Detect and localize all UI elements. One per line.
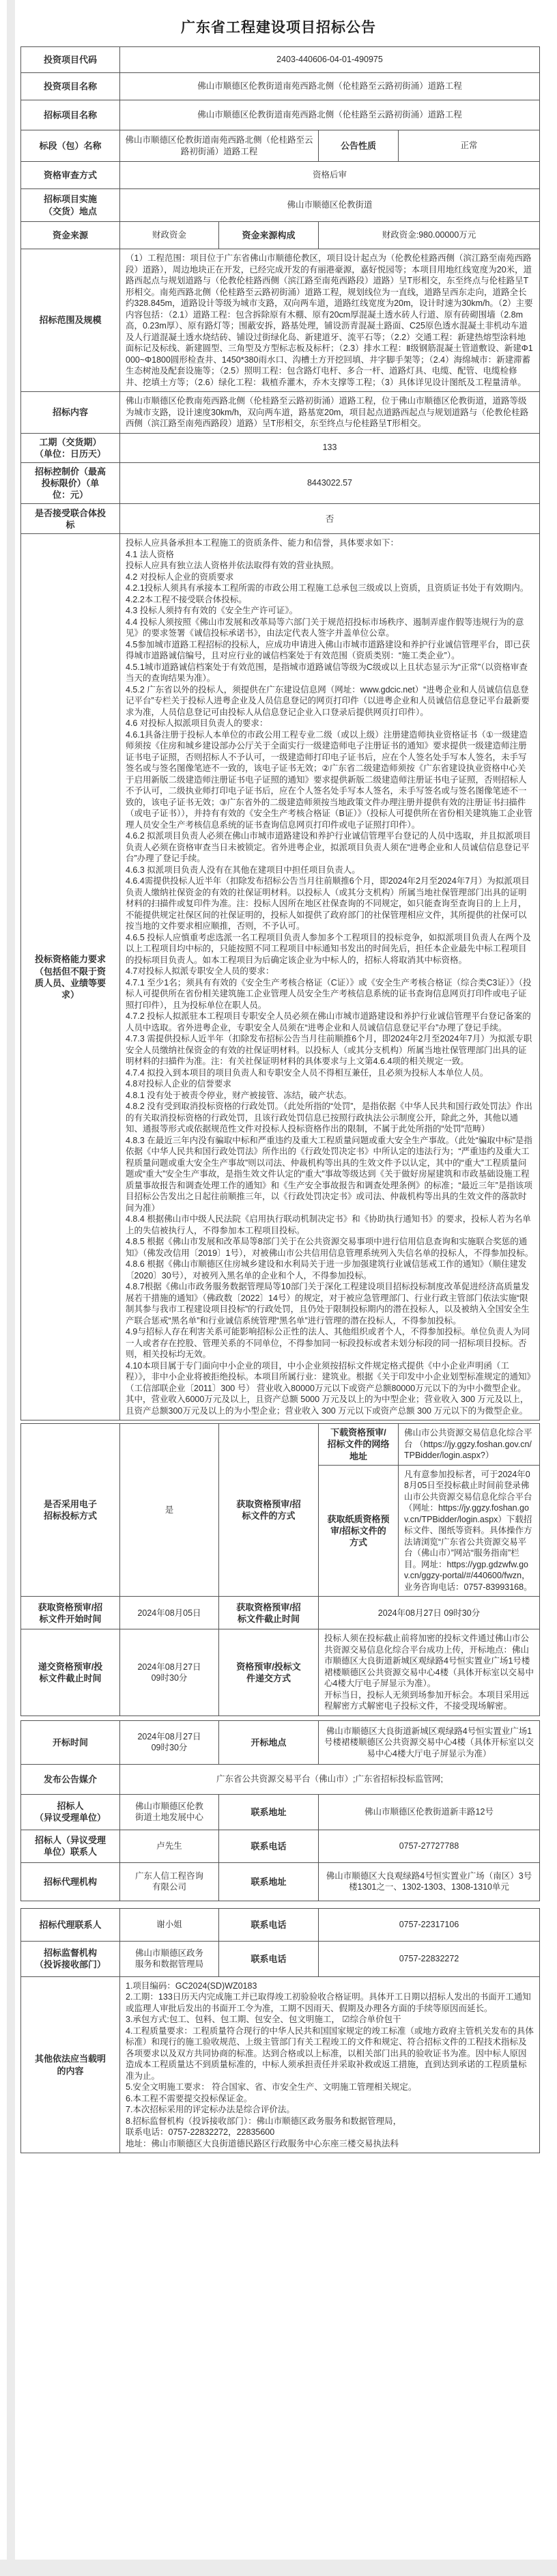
agency-phone-value: 0757-22317106 [319, 1909, 540, 1942]
bottom-band [0, 2560, 557, 2576]
opening-time-value: 2024年08月27日 09时30分 [120, 1721, 219, 1765]
row-qualification-method: 资格审查方式 资格后审 [21, 162, 540, 189]
page-title: 广东省工程建设项目招标公告 [0, 0, 557, 46]
submit-deadline-value: 2024年08月27日 09时30分 [120, 1629, 219, 1716]
other-content-value: 1.项目编码：GC2024(SD)WZ0183 2.工期：133日历天内完成施工… [120, 1977, 540, 2154]
row-tender-content: 招标内容 佛山市顺德区伦教南苑西路北侧（伦桂路至云路初街涌）道路工程，位于佛山市… [21, 392, 540, 434]
doc-obtain-subcolumn: 下载资格预审/ 招标文件的网络 地址 佛山市公共资源交易信息化综合平台 （htt… [319, 1424, 540, 1597]
qualification-method-label: 资格审查方式 [21, 162, 120, 189]
media-value: 广东省公共资源交易平台（佛山市）;广东省招标投标监管网; [120, 1765, 540, 1795]
location-value: 佛山市顺德区伦教街道 [120, 189, 540, 222]
e-bid-label: 是否采用电子 招标投标方式 [21, 1424, 120, 1597]
doc-download-url-value: 佛山市公共资源交易信息化综合平台 （https://jy.ggzy.foshan… [399, 1424, 540, 1466]
row-investment-name: 投资项目名称 佛山市顺德区伦教街道南苑西路北侧（伦桂路至云路初街涌）道路工程 [21, 73, 540, 100]
agency-address-value: 佛山市顺德区大良观绿路4号恒实置业广场（南区）3号楼1301之一、1302-13… [319, 1863, 540, 1901]
opening-time-label: 开标时间 [21, 1721, 120, 1765]
tenderer-address-value: 佛山市顺德区伦教街道新丰路12号 [319, 1795, 540, 1830]
tenderer-phone-label: 联系电话 [219, 1830, 319, 1863]
price-cap-label: 招标控制价（最高 投标限价）（单 位：元） [21, 463, 120, 504]
qualification-method-value: 资格后审 [120, 162, 540, 189]
tenderer-contact-label: 招标人（异议受理 单位）联系人 [21, 1830, 120, 1863]
agency-contact-value: 谢小姐 [120, 1909, 219, 1942]
consortium-label: 是否接受联合体投 标 [21, 504, 120, 534]
supervisor-phone-value: 0757-22832272 [319, 1942, 540, 1977]
investment-name-value: 佛山市顺德区伦教街道南苑西路北侧（伦桂路至云路初街涌）道路工程 [120, 73, 540, 100]
submit-deadline-label: 递交资格预审/投 标文件截止时间 [21, 1629, 120, 1716]
paper-doc-method-label: 获取纸质资格预 审/招标文件的 方式 [319, 1466, 399, 1597]
doc-start-time-value: 2024年08月05日 [120, 1597, 219, 1629]
funding-composition-label: 资金来源构成 [219, 222, 319, 249]
doc-obtain-method-label: 获取资格预审/招 标文件的方式 [219, 1424, 319, 1597]
agency-phone-label: 联系电话 [219, 1909, 319, 1942]
row-scope: 招标范围及规模 （1）工程范围：项目位于广东省佛山市顺德伦教区，项目设计起点为（… [21, 249, 540, 392]
row-funding: 资金来源 财政资金 资金来源构成 财政资金:980.00000万元 [21, 222, 540, 249]
other-content-label: 其他依法应当载明 的内容 [21, 1977, 120, 2154]
row-investment-code: 投资项目代码 2403-440606-04-01-490975 [21, 47, 540, 73]
section-name-label: 标段（包）名称 [21, 130, 120, 162]
doc-download-url-label: 下载资格预审/ 招标文件的网络 地址 [319, 1424, 399, 1466]
duration-label: 工期（交货期） （单位：日历天） [21, 434, 120, 463]
paper-doc-method-subrow: 获取纸质资格预 审/招标文件的 方式 凡有意参加投标者，可于2024年08月05… [319, 1466, 540, 1597]
section-name-value: 佛山市顺德区伦教街道南苑西路北侧（伦桂路至云路初街涌）道路工程 [120, 130, 319, 162]
tender-content-label: 招标内容 [21, 392, 120, 434]
opening-place-label: 开标地点 [219, 1721, 319, 1765]
investment-name-label: 投资项目名称 [21, 73, 120, 100]
supervisor-value: 佛山市顺德区政务 服务和数据管理局 [120, 1942, 219, 1977]
media-label: 发布公告媒介 [21, 1765, 120, 1795]
supervisor-phone-label: 联系电话 [219, 1942, 319, 1977]
contact-table: 招标代理联系人 谢小姐 联系电话 0757-22317106 招标监督机构 （投… [20, 1908, 540, 2154]
row-agency-contact: 招标代理联系人 谢小姐 联系电话 0757-22317106 [21, 1909, 540, 1942]
row-agency: 招标代理机构 广东人信工程咨询 有限公司 联系地址 佛山市顺德区大良观绿路4号恒… [21, 1863, 540, 1901]
row-consortium: 是否接受联合体投 标 否 [21, 504, 540, 534]
agency-contact-label: 招标代理联系人 [21, 1909, 120, 1942]
row-e-bid: 是否采用电子 招标投标方式 是 获取资格预审/招 标文件的方式 下载资格预审/ … [21, 1424, 540, 1597]
tenderer-label: 招标人 （异议受理单位） [21, 1795, 120, 1830]
tender-name-label: 招标项目名称 [21, 100, 120, 130]
announcement-page: 广东省工程建设项目招标公告 投资项目代码 2403-440606-04-01-4… [0, 0, 557, 2576]
row-opening: 开标时间 2024年08月27日 09时30分 开标地点 佛山市顺德区大良街道新… [21, 1721, 540, 1765]
tenderer-phone-value: 0757-27727788 [319, 1830, 540, 1863]
scope-value: （1）工程范围：项目位于广东省佛山市顺德伦教区，项目设计起点为（伦教伦桂路西侧（… [120, 249, 540, 392]
row-tender-name: 招标项目名称 佛山市顺德区伦教街道南苑西路北侧（伦桂路至云路初街涌）道路工程 [21, 100, 540, 130]
doc-start-time-label: 获取资格预审/招 标文件开始时间 [21, 1597, 120, 1629]
row-tenderer-contact: 招标人（异议受理 单位）联系人 卢先生 联系电话 0757-27727788 [21, 1830, 540, 1863]
agency-address-label: 联系地址 [219, 1863, 319, 1901]
agency-value: 广东人信工程咨询 有限公司 [120, 1863, 219, 1901]
doc-deadline-value: 2024年08月27日 09时30分 [319, 1597, 540, 1629]
duration-value: 133 [120, 434, 540, 463]
row-bidder-qualification: 投标资格能力要求 （包括但不限于资 质人员、业绩等要 求） 投标人应具备承担本工… [21, 534, 540, 1420]
e-bid-table: 是否采用电子 招标投标方式 是 获取资格预审/招 标文件的方式 下载资格预审/ … [20, 1423, 540, 1716]
row-doc-time: 获取资格预审/招 标文件开始时间 2024年08月05日 获取资格预审/招 标文… [21, 1597, 540, 1629]
investment-code-label: 投资项目代码 [21, 47, 120, 73]
funding-composition-value: 财政资金:980.00000万元 [319, 222, 540, 249]
e-bid-value: 是 [120, 1424, 219, 1597]
doc-download-subrow: 下载资格预审/ 招标文件的网络 地址 佛山市公共资源交易信息化综合平台 （htt… [319, 1424, 540, 1466]
funding-label: 资金来源 [21, 222, 120, 249]
tenderer-address-label: 联系地址 [219, 1795, 319, 1830]
supervisor-label: 招标监督机构 （投诉接收部门） [21, 1942, 120, 1977]
notice-nature-label: 公告性质 [319, 130, 399, 162]
row-location: 招标项目实施 （交货）地点 佛山市顺德区伦教街道 [21, 189, 540, 222]
row-duration: 工期（交货期） （单位：日历天） 133 [21, 434, 540, 463]
row-tenderer: 招标人 （异议受理单位） 佛山市顺德区伦教 街道土地发展中心 联系地址 佛山市顺… [21, 1795, 540, 1830]
row-other-content: 其他依法应当载明 的内容 1.项目编码：GC2024(SD)WZ0183 2.工… [21, 1977, 540, 2154]
notice-nature-value: 正常 [399, 130, 540, 162]
bidder-qualification-value: 投标人应具备承担本工程施工的资质条件、能力和信誉，具体要求如下： 4.1 法人资… [120, 534, 540, 1420]
tenderer-contact-value: 卢先生 [120, 1830, 219, 1863]
row-supervisor: 招标监督机构 （投诉接收部门） 佛山市顺德区政务 服务和数据管理局 联系电话 0… [21, 1942, 540, 1977]
doc-deadline-label: 获取资格预审/招 标文件截止时间 [219, 1597, 319, 1629]
agency-label: 招标代理机构 [21, 1863, 120, 1901]
consortium-value: 否 [120, 504, 540, 534]
main-table: 投资项目代码 2403-440606-04-01-490975 投资项目名称 佛… [20, 46, 540, 1420]
funding-value: 财政资金 [120, 222, 219, 249]
row-media: 发布公告媒介 广东省公共资源交易平台（佛山市）;广东省招标投标监管网; [21, 1765, 540, 1795]
bidder-qualification-label: 投标资格能力要求 （包括但不限于资 质人员、业绩等要 求） [21, 534, 120, 1420]
row-price-cap: 招标控制价（最高 投标限价）（单 位：元） 8443022.57 [21, 463, 540, 504]
submit-method-value: 投标人须在投标截止前将加密的投标文件通过佛山市公共资源交易信息化综合平台成功上传… [319, 1629, 540, 1716]
tender-content-value: 佛山市顺德区伦教南苑西路北侧（伦桂路至云路初街涌）道路工程，位于佛山市顺德区伦教… [120, 392, 540, 434]
investment-code-value: 2403-440606-04-01-490975 [120, 47, 540, 73]
row-section-name: 标段（包）名称 佛山市顺德区伦教街道南苑西路北侧（伦桂路至云路初街涌）道路工程 … [21, 130, 540, 162]
opening-table: 开标时间 2024年08月27日 09时30分 开标地点 佛山市顺德区大良街道新… [20, 1720, 540, 1901]
paper-doc-method-value: 凡有意参加投标者，可于2024年08月05日至投标截止时间前登录佛山市公共资源交… [399, 1466, 540, 1597]
submit-method-label: 资格预审/投标文 件递交方式 [219, 1629, 319, 1716]
row-submit: 递交资格预审/投 标文件截止时间 2024年08月27日 09时30分 资格预审… [21, 1629, 540, 1716]
price-cap-value: 8443022.57 [120, 463, 540, 504]
opening-place-value: 佛山市顺德区大良街道新城区观绿路4号恒实置业广场1号楼裙楼顺德区公共资源交易中心… [319, 1721, 540, 1765]
left-gutter [7, 0, 15, 2560]
tenderer-value: 佛山市顺德区伦教 街道土地发展中心 [120, 1795, 219, 1830]
scope-label: 招标范围及规模 [21, 249, 120, 392]
tender-name-value: 佛山市顺德区伦教街道南苑西路北侧（伦桂路至云路初街涌）道路工程 [120, 100, 540, 130]
location-label: 招标项目实施 （交货）地点 [21, 189, 120, 222]
